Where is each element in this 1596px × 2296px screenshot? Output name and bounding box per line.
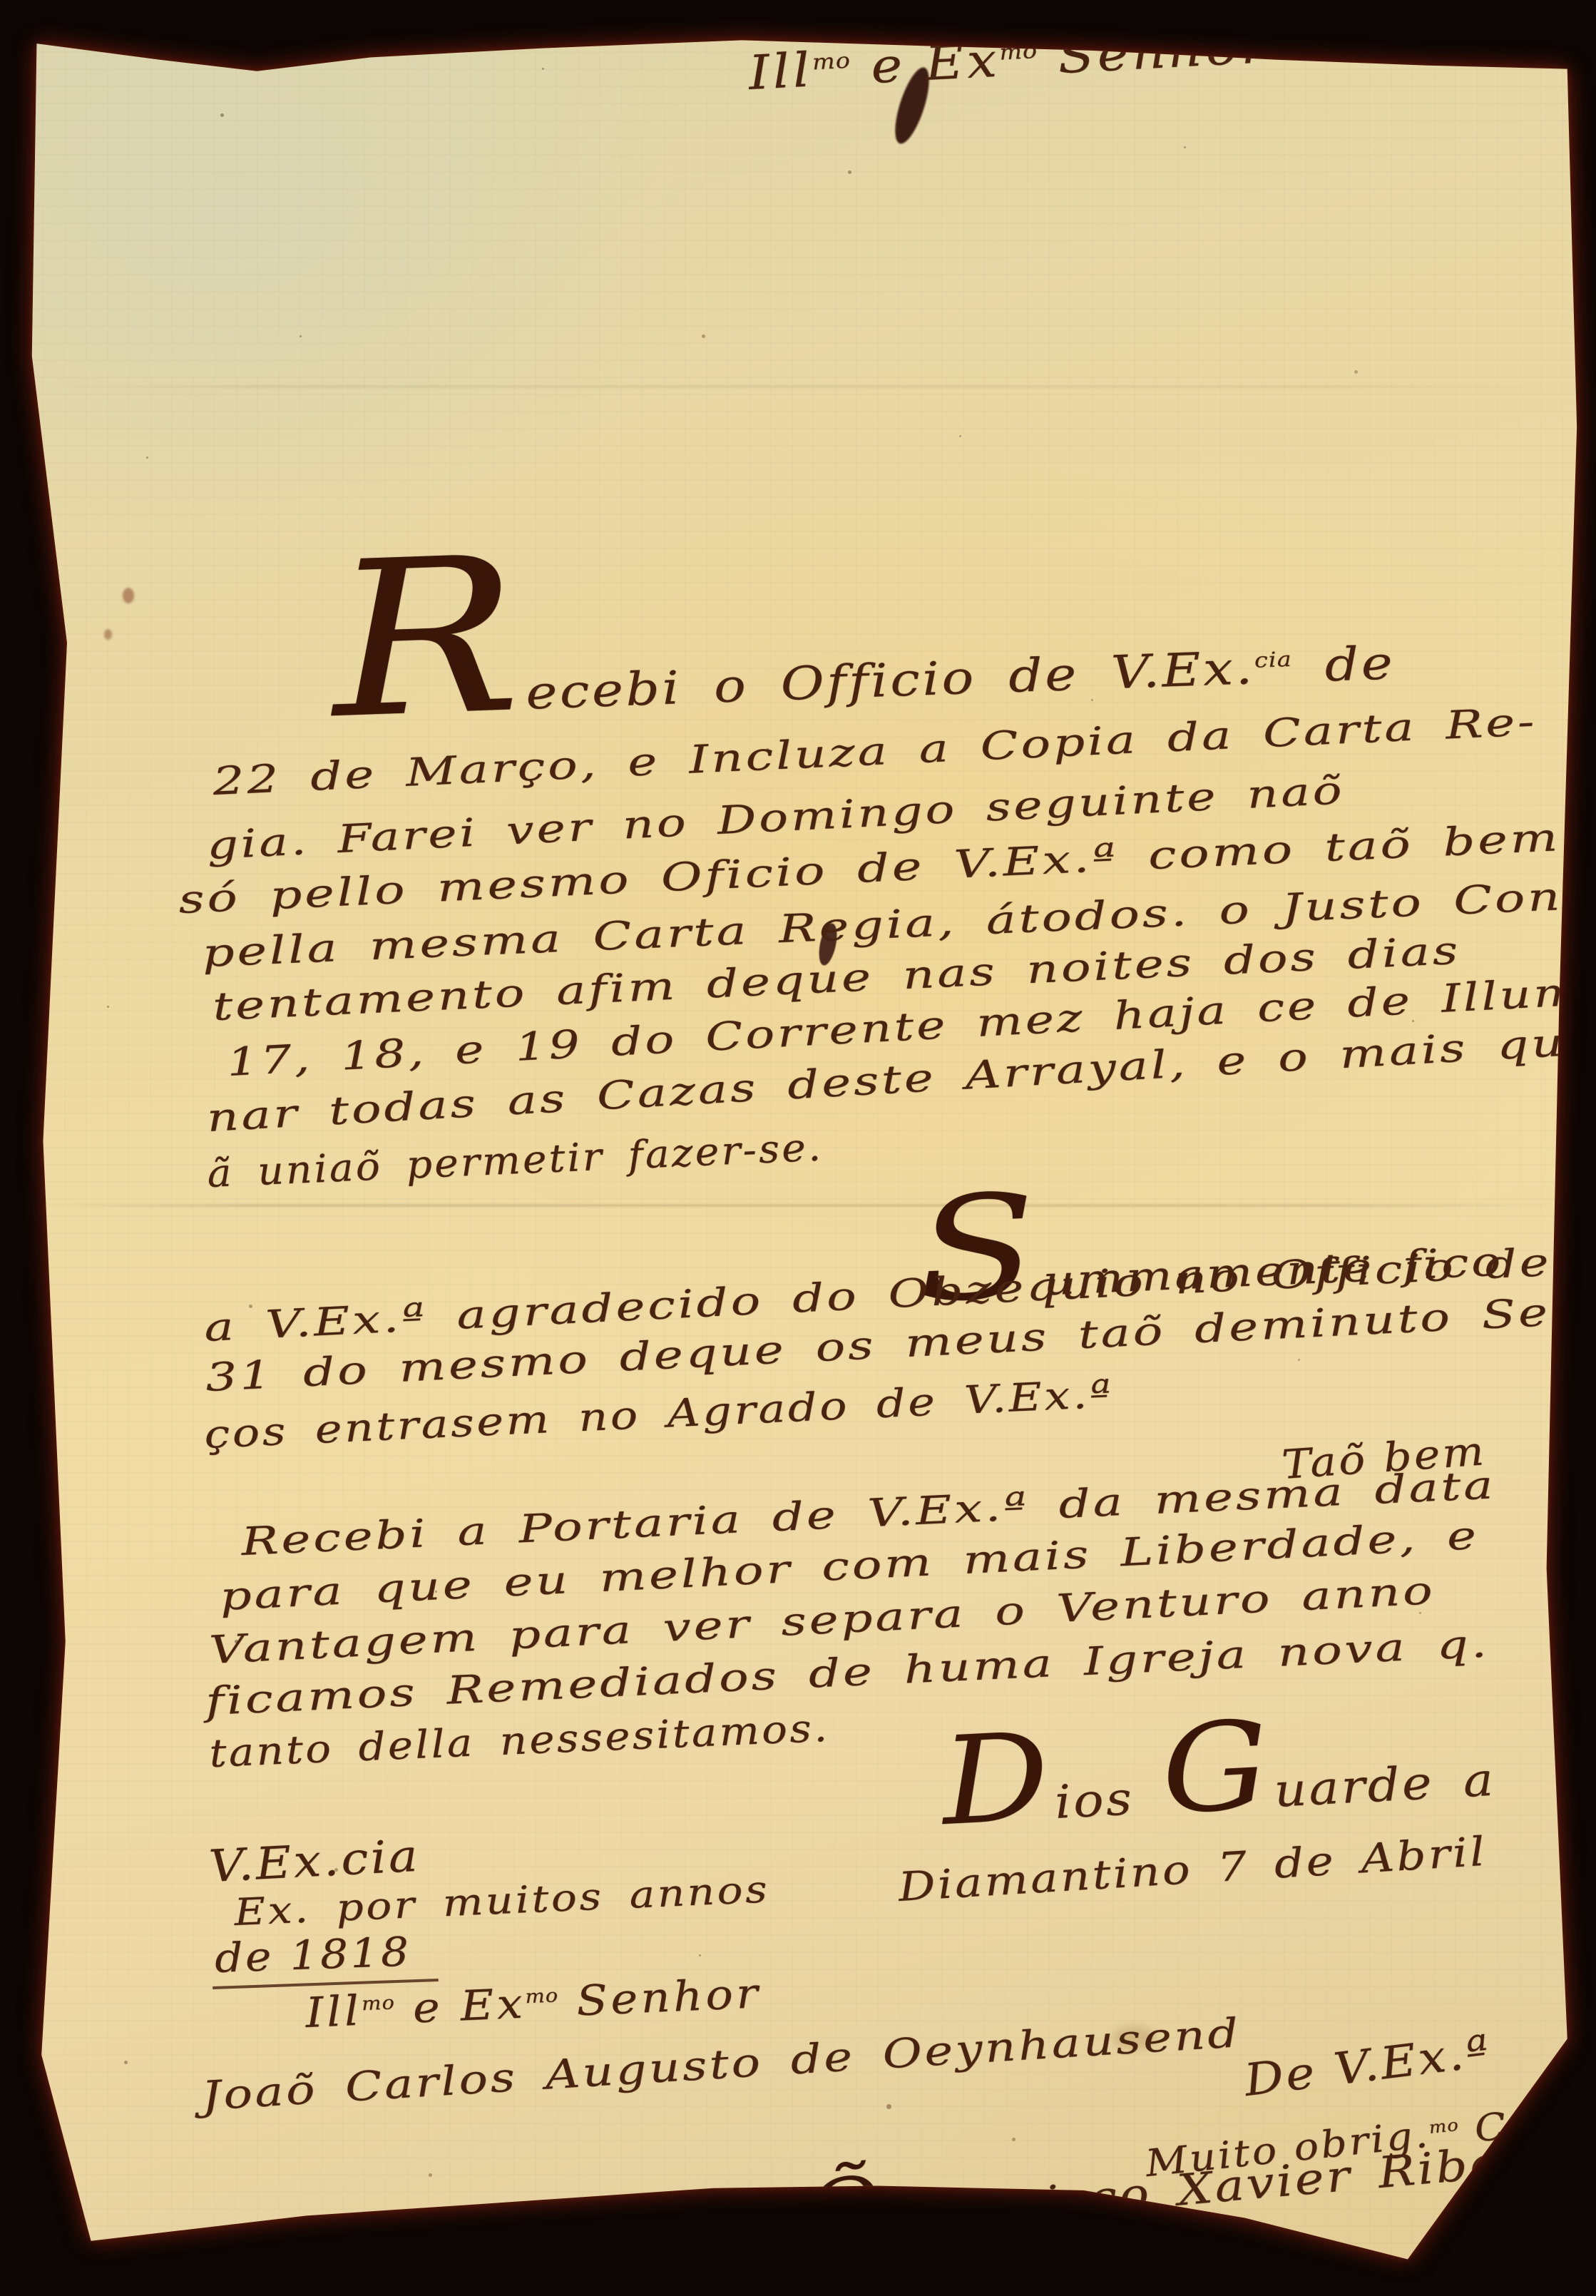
year-text: de 1818 <box>211 1928 439 1989</box>
heading-text: e Ex <box>849 33 1001 96</box>
signature-rubric: Q̃ <box>802 2158 884 2256</box>
year-line: de 1818 <box>211 1927 439 1984</box>
letter-heading: Illmo e Exmo Senhor <box>747 17 1271 103</box>
devexa-line: De V.Ex.ª <box>1242 2023 1495 2108</box>
opening-text: ecebi o Officio de V.Ex. <box>525 642 1255 720</box>
paper-wrap: Illmo e Exmo Senhor Recebi o Officio de … <box>0 0 1596 2296</box>
superscript: mo <box>998 39 1038 66</box>
paper-stain <box>104 629 112 640</box>
superscript: mo <box>362 1992 396 2015</box>
superscript: mo <box>525 1985 559 2008</box>
flourished-initial: D <box>938 1706 1053 1853</box>
letter-paper: Illmo e Exmo Senhor Recebi o Officio de … <box>0 0 1596 2296</box>
opening-text: de <box>1291 637 1396 693</box>
flourished-initial: R <box>328 511 523 766</box>
heading-text: Ill <box>747 42 814 101</box>
closing-line: Dios Guarde a <box>942 1752 1497 1837</box>
closing-text: ios <box>1053 1771 1165 1830</box>
heading-text: Senhor <box>1037 19 1271 86</box>
flourished-initial: G <box>1158 1695 1272 1842</box>
superscript: cia <box>1254 647 1292 673</box>
superscript: mo <box>1428 2115 1460 2138</box>
superscript: mo <box>812 49 851 76</box>
salutation-text: Ill <box>305 1986 363 2037</box>
fold-crease <box>32 1204 1565 1207</box>
paper-stain <box>123 588 134 603</box>
scanned-letter-page: Illmo e Exmo Senhor Recebi o Officio de … <box>0 0 1596 2296</box>
closing-text: uarde a <box>1273 1754 1497 1818</box>
paper-speckles <box>0 0 2 2</box>
salutation-text: Senhor <box>558 1969 762 2026</box>
fold-crease <box>32 385 1565 388</box>
salutation-text: e Ex <box>394 1979 527 2034</box>
